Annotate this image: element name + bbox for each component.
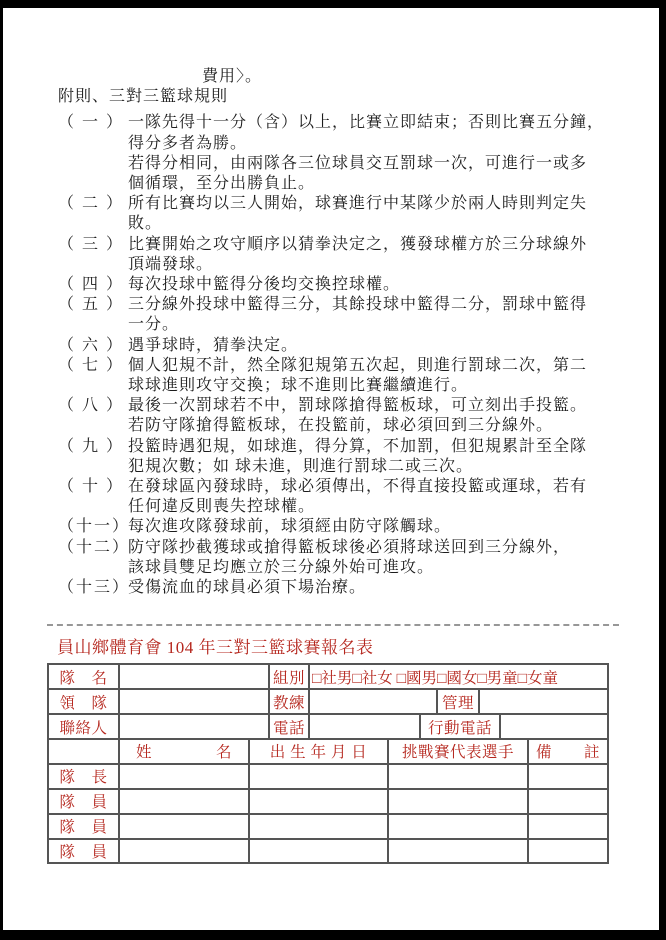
document-page: 費用〉。 附則、三對三籃球規則 （ 一 ）一隊先得十一分（含）以上，比賽立即結束…: [0, 0, 666, 940]
member-label: 隊 員: [48, 789, 119, 814]
rule-item: （ 六 ）遇爭球時，猜拳決定。: [58, 336, 618, 356]
table-row-header: 姓 名 出 生 年 月 日 挑戰賽代表選手 備 註: [48, 739, 608, 764]
group-label: 組別: [269, 664, 309, 689]
phone-cell: [309, 714, 420, 739]
rule-item: （ 一 ）一隊先得十一分（含）以上，比賽立即結束；否則比賽五分鐘，: [58, 113, 618, 133]
fee-line: 費用〉。: [58, 67, 618, 87]
rule-number: （十三）: [58, 578, 128, 598]
rule-number: （ 二 ）: [58, 194, 128, 214]
member-note-cell: [528, 789, 608, 814]
rule-text: 得分多者為勝。: [128, 134, 618, 154]
member-challenge-cell: [388, 814, 528, 839]
team-name-label: 隊 名: [48, 664, 119, 689]
manager-label: 管理: [437, 689, 479, 714]
rule-text: 球球進則攻守交換；球不進則比賽繼續進行。: [128, 376, 618, 396]
note-header: 備 註: [528, 739, 608, 764]
rule-number: （十二）: [58, 538, 128, 558]
rule-text: 所有比賽均以三人開始，球賽進行中某隊少於兩人時則判定失: [128, 195, 587, 212]
rule-text: 若得分相同，由兩隊各三位球員交互罰球一次，可進行一或多: [128, 154, 618, 174]
member-challenge-cell: [388, 789, 528, 814]
member-name-cell: [119, 789, 249, 814]
table-row-leader: 領 隊 教練 管理: [48, 689, 608, 714]
rule-number: （ 十 ）: [58, 477, 128, 497]
rule-text: 投籃時遇犯規，如球進，得分算，不加罰，但犯規累計至全隊: [128, 438, 587, 455]
form-title: 員山鄉體育會 104 年三對三籃球賽報名表: [57, 638, 618, 658]
table-row-member: 隊 員: [48, 814, 608, 839]
rule-number: （ 七 ）: [58, 356, 128, 376]
rule-item: （ 八 ）最後一次罰球若不中，罰球隊搶得籃板球，可立刻出手投籃。: [58, 396, 618, 416]
member-name-cell: [119, 839, 249, 864]
member-birth-cell: [249, 789, 388, 814]
rule-text: 最後一次罰球若不中，罰球隊搶得籃板球，可立刻出手投籃。: [128, 397, 587, 414]
challenge-header: 挑戰賽代表選手: [388, 739, 528, 764]
rule-text: 任何違反則喪失控球權。: [128, 497, 618, 517]
rule-text: 個人犯規不計，然全隊犯規第五次起，則進行罰球二次，第二: [128, 357, 587, 374]
rule-number: （十一）: [58, 517, 128, 537]
rule-text: 在發球區內發球時，球必須傳出，不得直接投籃或運球，若有: [128, 478, 587, 495]
rule-text: 三分線外投球中籃得三分，其餘投球中籃得二分，罰球中籃得: [128, 296, 587, 313]
rule-text: 每次投球中籃得分後均交換控球權。: [128, 276, 400, 293]
table-row-member: 隊 員: [48, 789, 608, 814]
captain-challenge-cell: [388, 764, 528, 789]
member-name-cell: [119, 814, 249, 839]
document-body: 費用〉。 附則、三對三籃球規則 （ 一 ）一隊先得十一分（含）以上，比賽立即結束…: [3, 67, 618, 864]
rule-text: 犯規次數；如 球未進，則進行罰球二或三次。: [128, 457, 618, 477]
contact-cell: [119, 714, 269, 739]
captain-note-cell: [528, 764, 608, 789]
member-label: 隊 員: [48, 814, 119, 839]
rule-item: （ 三 ）比賽開始之攻守順序以猜拳決定之，獲發球權方於三分球線外: [58, 235, 618, 255]
rule-number: （ 四 ）: [58, 275, 128, 295]
table-row-captain: 隊 長: [48, 764, 608, 789]
rule-item: （ 七 ）個人犯規不計，然全隊犯規第五次起，則進行罰球二次，第二: [58, 356, 618, 376]
rule-item: （ 二 ）所有比賽均以三人開始，球賽進行中某隊少於兩人時則判定失: [58, 194, 618, 214]
rule-number: （ 一 ）: [58, 113, 128, 133]
rule-text: 比賽開始之攻守順序以猜拳決定之，獲發球權方於三分球線外: [128, 236, 587, 253]
member-birth-cell: [249, 814, 388, 839]
member-birth-cell: [249, 839, 388, 864]
rule-text: 頂端發球。: [128, 255, 618, 275]
name-header: 姓 名: [119, 739, 249, 764]
rule-item: （ 九 ）投籃時遇犯規，如球進，得分算，不加罰，但犯規累計至全隊: [58, 437, 618, 457]
rule-text: 遇爭球時，猜拳決定。: [128, 337, 298, 354]
table-row-contact: 聯絡人 電話 行動電話: [48, 714, 608, 739]
captain-label: 隊 長: [48, 764, 119, 789]
rule-text: 一分。: [128, 315, 618, 335]
rule-text: 每次進攻隊發球前，球須經由防守隊觸球。: [128, 518, 451, 535]
rule-item: （ 五 ）三分線外投球中籃得三分，其餘投球中籃得二分，罰球中籃得: [58, 295, 618, 315]
rule-text: 敗。: [128, 214, 618, 234]
mobile-label: 行動電話: [420, 714, 500, 739]
rule-item: （ 四 ）每次投球中籃得分後均交換控球權。: [58, 275, 618, 295]
coach-label: 教練: [269, 689, 309, 714]
rule-number: （ 六 ）: [58, 336, 128, 356]
captain-birth-cell: [249, 764, 388, 789]
rule-number: （ 三 ）: [58, 235, 128, 255]
role-header-cell: [48, 739, 119, 764]
phone-label: 電話: [269, 714, 309, 739]
section-title: 附則、三對三籃球規則: [58, 87, 618, 107]
rule-text: 個循環，至分出勝負止。: [128, 174, 618, 194]
rule-text: 受傷流血的球員必須下場治療。: [128, 579, 366, 596]
rule-item: （十一）每次進攻隊發球前，球須經由防守隊觸球。: [58, 517, 618, 537]
member-note-cell: [528, 814, 608, 839]
group-checkbox-options: □社男□社女 □國男□國女□男童□女童: [309, 664, 608, 689]
leader-label: 領 隊: [48, 689, 119, 714]
table-row-member: 隊 員: [48, 839, 608, 864]
registration-table: 隊 名 組別 □社男□社女 □國男□國女□男童□女童 領 隊 教練 管理 聯絡人…: [47, 663, 609, 864]
rules-list: （ 一 ）一隊先得十一分（含）以上，比賽立即結束；否則比賽五分鐘， 得分多者為勝…: [58, 113, 618, 598]
rule-item: （十三）受傷流血的球員必須下場治療。: [58, 578, 618, 598]
rule-item: （十二）防守隊抄截獲球或搶得籃板球後必須將球送回到三分線外，: [58, 538, 618, 558]
rule-number: （ 九 ）: [58, 437, 128, 457]
captain-name-cell: [119, 764, 249, 789]
dashed-separator: [47, 624, 619, 626]
rule-number: （ 五 ）: [58, 295, 128, 315]
mobile-cell: [500, 714, 608, 739]
coach-cell: [309, 689, 437, 714]
table-row-team: 隊 名 組別 □社男□社女 □國男□國女□男童□女童: [48, 664, 608, 689]
birth-header: 出 生 年 月 日: [249, 739, 388, 764]
contact-label: 聯絡人: [48, 714, 119, 739]
rule-text: 一隊先得十一分（含）以上，比賽立即結束；否則比賽五分鐘，: [128, 114, 604, 131]
rule-text: 若防守隊搶得籃板球，在投籃前，球必須回到三分線外。: [128, 416, 618, 436]
member-challenge-cell: [388, 839, 528, 864]
member-label: 隊 員: [48, 839, 119, 864]
team-name-cell: [119, 664, 269, 689]
rule-text: 該球員雙足均應立於三分線外始可進攻。: [128, 558, 618, 578]
member-note-cell: [528, 839, 608, 864]
rule-text: 防守隊抄截獲球或搶得籃板球後必須將球送回到三分線外，: [128, 539, 570, 556]
manager-cell: [479, 689, 608, 714]
rule-item: （ 十 ）在發球區內發球時，球必須傳出，不得直接投籃或運球，若有: [58, 477, 618, 497]
rule-number: （ 八 ）: [58, 396, 128, 416]
leader-cell: [119, 689, 269, 714]
